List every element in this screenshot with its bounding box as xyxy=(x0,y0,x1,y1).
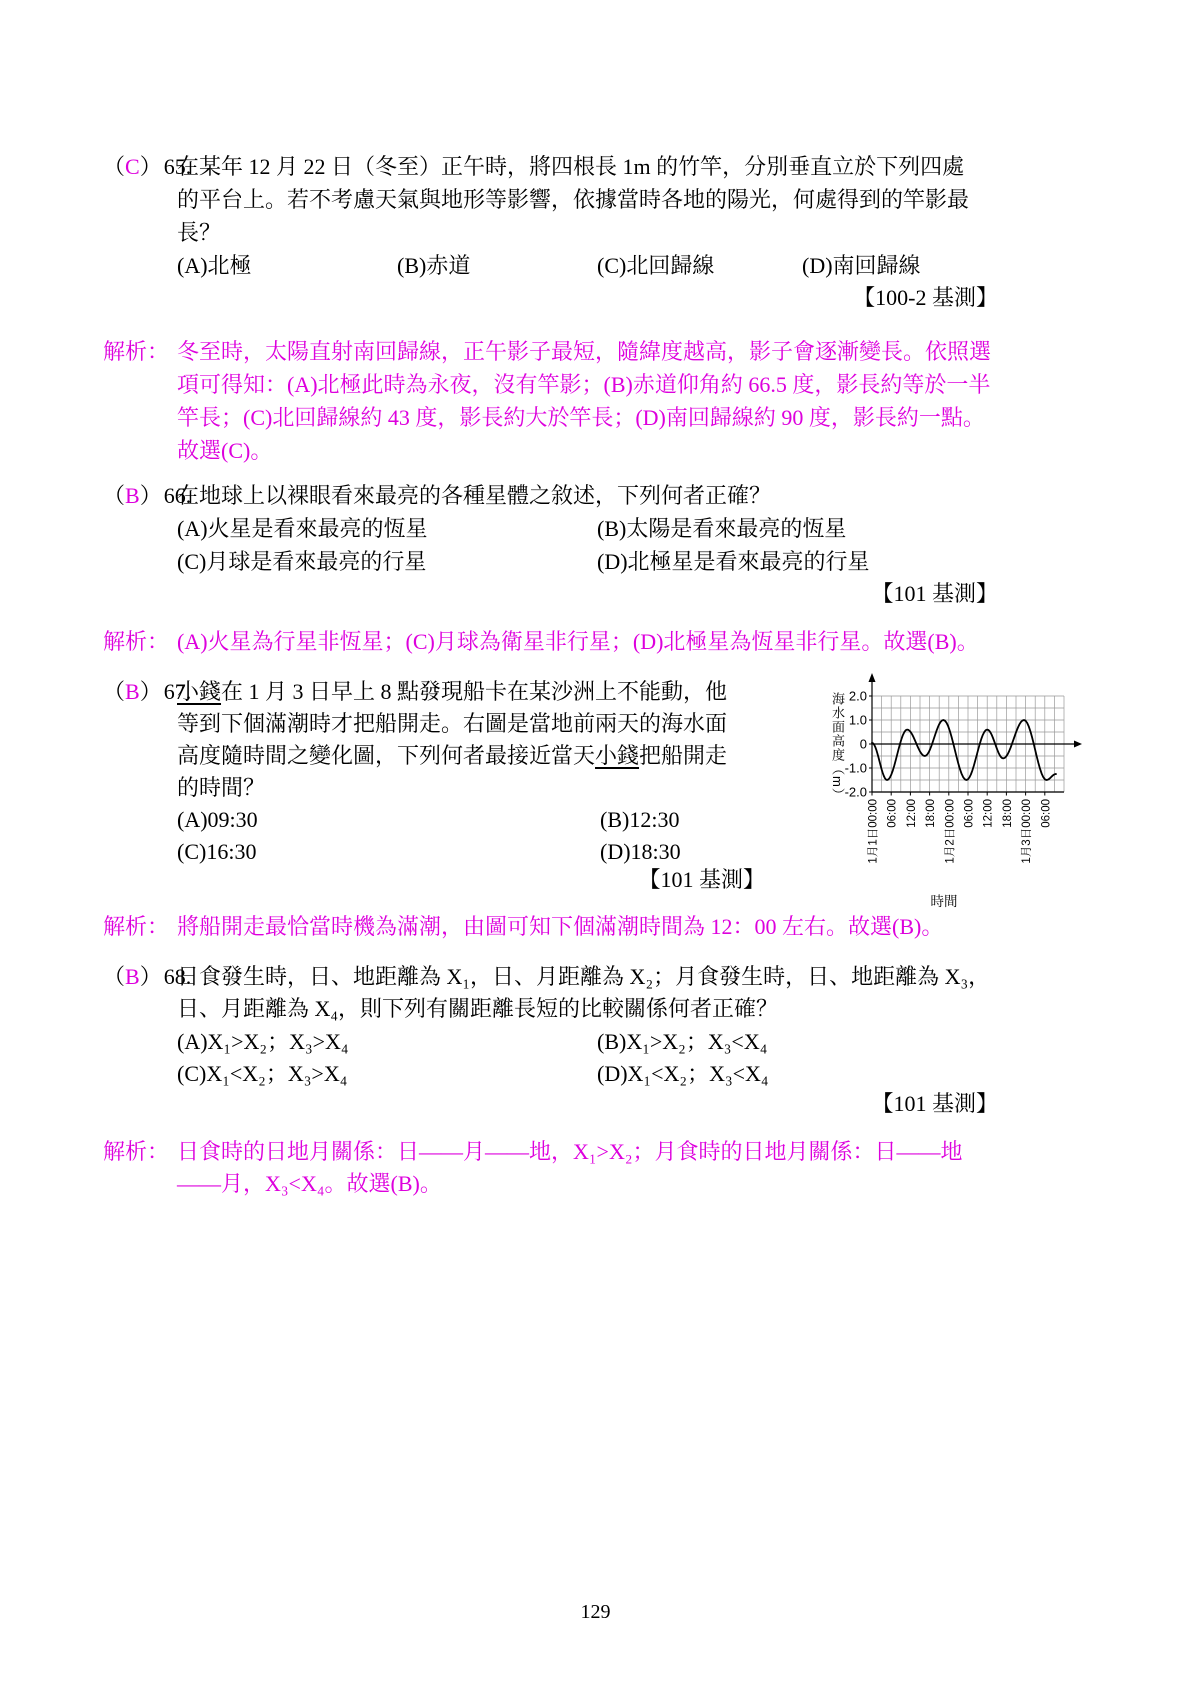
q67-line-4: 的時間？ xyxy=(177,774,265,801)
q65-line-2: 的平台上。若不考慮天氣與地形等影響，依據當時各地的陽光，何處得到的竿影最 xyxy=(177,186,969,213)
q65-answer-letter: C xyxy=(125,154,140,179)
q68-text-1: 日食發生時，日、地距離為 X₁，日、月距離為 X₂；月食發生時，日、地距離為 X… xyxy=(177,964,990,989)
q66-analysis-line-1: 解析：(A)火星為行星非恆星；(C)月球為衛星非行星；(D)北極星為恆星非行星。… xyxy=(103,628,979,655)
svg-text:時間: 時間 xyxy=(931,893,958,909)
q66-text-1: 在地球上以裸眼看來最亮的各種星體之敘述，下列何者正確？ xyxy=(177,483,771,508)
svg-text:12:00: 12:00 xyxy=(906,799,918,828)
q68-option-a: (A)X₁>X₂；X₃>X₄ xyxy=(177,1028,349,1055)
q65-analysis-line-1: 解析：冬至時，太陽直射南回歸線，正午影子最短，隨緯度越高，影子會逐漸變長。依照選 xyxy=(103,338,991,365)
svg-text:18:00: 18:00 xyxy=(1002,799,1014,828)
q67-text-3b: 把船開走 xyxy=(639,743,727,768)
tide-chart: 海水面高度（m） 2.01.00-1.0-2.01月1日00:0006:0012… xyxy=(826,670,1088,912)
paren-close: ） xyxy=(140,154,162,179)
q67-line-3: 高度隨時間之變化圖，下列何者最接近當天小錢把船開走 xyxy=(177,742,727,769)
q66-option-d: (D)北極星是看來最亮的行星 xyxy=(597,548,870,575)
q65-option-d: (D)南回歸線 xyxy=(802,252,921,279)
svg-text:1月2日00:00: 1月2日00:00 xyxy=(943,799,956,864)
analysis-prefix: 解析： xyxy=(103,628,177,655)
tide-chart-plot: 2.01.00-1.0-2.01月1日00:0006:0012:0018:001… xyxy=(826,670,1088,912)
q67-person-name: 小錢 xyxy=(177,679,221,704)
q65-analysis-line-2: 項可得知：(A)北極此時為永夜，沒有竿影；(B)赤道仰角約 66.5 度，影長約… xyxy=(177,371,990,398)
paren-open: （ xyxy=(103,679,125,704)
q65-answer-marker: （C）65. xyxy=(103,153,177,180)
q68-option-b: (B)X₁>X₂；X₃<X₄ xyxy=(597,1028,767,1055)
q67-analysis-line-1: 解析：將船開走最恰當時機為滿潮，由圖可知下個滿潮時間為 12：00 左右。故選(… xyxy=(103,913,943,940)
svg-text:06:00: 06:00 xyxy=(1040,799,1052,828)
analysis-prefix: 解析： xyxy=(103,1138,177,1165)
q66-answer-letter: B xyxy=(125,483,140,508)
analysis-prefix: 解析： xyxy=(103,338,177,365)
svg-text:06:00: 06:00 xyxy=(964,799,976,828)
svg-text:06:00: 06:00 xyxy=(887,799,899,828)
q67-answer-letter: B xyxy=(125,679,140,704)
q67-option-a: (A)09:30 xyxy=(177,806,258,833)
svg-text:12:00: 12:00 xyxy=(983,799,995,828)
q68-analysis-line-1: 解析：日食時的日地月關係：日——月——地，X₁>X₂；月食時的日地月關係：日——… xyxy=(103,1138,963,1165)
svg-text:-1.0: -1.0 xyxy=(845,761,867,776)
svg-text:1.0: 1.0 xyxy=(849,713,867,728)
svg-text:18:00: 18:00 xyxy=(925,799,937,828)
q67-option-c: (C)16:30 xyxy=(177,838,256,865)
q67-text-1: 在 1 月 3 日早上 8 點發現船卡在某沙洲上不能動，他 xyxy=(221,679,727,704)
q68-analysis-text-1: 日食時的日地月關係：日——月——地，X₁>X₂；月食時的日地月關係：日——地 xyxy=(177,1139,963,1164)
q68-line-2: 日、月距離為 X₄，則下列有關距離長短的比較關係何者正確？ xyxy=(177,995,778,1022)
q68-line-1: （B）68.日食發生時，日、地距離為 X₁，日、月距離為 X₂；月食發生時，日、… xyxy=(103,963,990,990)
svg-text:1月3日00:00: 1月3日00:00 xyxy=(1020,799,1033,864)
q68-option-c: (C)X₁<X₂；X₃>X₄ xyxy=(177,1060,347,1087)
paren-open: （ xyxy=(103,483,125,508)
q68-answer-marker: （B）68. xyxy=(103,963,177,990)
q67-line-1: （B）67.小錢在 1 月 3 日早上 8 點發現船卡在某沙洲上不能動，他 xyxy=(103,678,727,705)
q68-analysis-line-2: ——月，X₃<X₄。故選(B)。 xyxy=(177,1170,442,1197)
q67-answer-marker: （B）67. xyxy=(103,678,177,705)
q66-option-c: (C)月球是看來最亮的行星 xyxy=(177,548,426,575)
paren-close: ） xyxy=(140,483,162,508)
paren-close: ） xyxy=(140,964,162,989)
q65-line-3: 長？ xyxy=(177,219,221,246)
svg-text:-2.0: -2.0 xyxy=(845,785,867,800)
q66-option-b: (B)太陽是看來最亮的恆星 xyxy=(597,515,846,542)
q65-analysis-line-3: 竿長；(C)北回歸線約 43 度，影長約大於竿長；(D)南回歸線約 90 度，影… xyxy=(177,404,985,431)
q66-analysis-text-1: (A)火星為行星非恆星；(C)月球為衛星非行星；(D)北極星為恆星非行星。故選(… xyxy=(177,629,979,654)
page-number: 129 xyxy=(0,1601,1191,1624)
q67-line-2: 等到下個滿潮時才把船開走。右圖是當地前兩天的海水面 xyxy=(177,710,727,737)
svg-text:1月1日00:00: 1月1日00:00 xyxy=(867,799,880,864)
q67-option-d: (D)18:30 xyxy=(600,838,681,865)
q65-option-c: (C)北回歸線 xyxy=(597,252,714,279)
analysis-prefix: 解析： xyxy=(103,913,177,940)
q65-analysis-text-1: 冬至時，太陽直射南回歸線，正午影子最短，隨緯度越高，影子會逐漸變長。依照選 xyxy=(177,339,991,364)
q65-source-tag: 【100-2 基測】 xyxy=(103,284,1090,311)
paren-open: （ xyxy=(103,154,125,179)
q67-analysis-text-1: 將船開走最恰當時機為滿潮，由圖可知下個滿潮時間為 12：00 左右。故選(B)。 xyxy=(177,914,943,939)
q67-text-3a: 高度隨時間之變化圖，下列何者最接近當天 xyxy=(177,743,595,768)
q65-option-a: (A)北極 xyxy=(177,252,252,279)
q66-line-1: （B）66.在地球上以裸眼看來最亮的各種星體之敘述，下列何者正確？ xyxy=(103,482,771,509)
paren-close: ） xyxy=(140,679,162,704)
q65-analysis-line-4: 故選(C)。 xyxy=(177,437,272,464)
q66-answer-marker: （B）66. xyxy=(103,482,177,509)
q66-source-tag: 【101 基測】 xyxy=(103,580,1090,607)
q65-line-1: （C）65.在某年 12 月 22 日（冬至）正午時，將四根長 1m 的竹竿，分… xyxy=(103,153,964,180)
q67-option-b: (B)12:30 xyxy=(600,806,679,833)
q68-source-tag: 【101 基測】 xyxy=(103,1090,1090,1117)
svg-text:2.0: 2.0 xyxy=(849,689,867,704)
q67-source-tag: 【101 基測】 xyxy=(103,866,765,893)
q67-person-name: 小錢 xyxy=(595,743,639,768)
q68-answer-letter: B xyxy=(125,964,140,989)
q65-text-1: 在某年 12 月 22 日（冬至）正午時，將四根長 1m 的竹竿，分別垂直立於下… xyxy=(177,154,964,179)
q68-option-d: (D)X₁<X₂；X₃<X₄ xyxy=(597,1060,769,1087)
q65-option-b: (B)赤道 xyxy=(397,252,470,279)
paren-open: （ xyxy=(103,964,125,989)
q66-option-a: (A)火星是看來最亮的恆星 xyxy=(177,515,428,542)
exam-page: （C）65.在某年 12 月 22 日（冬至）正午時，將四根長 1m 的竹竿，分… xyxy=(0,0,1191,1684)
svg-text:0: 0 xyxy=(860,737,867,752)
